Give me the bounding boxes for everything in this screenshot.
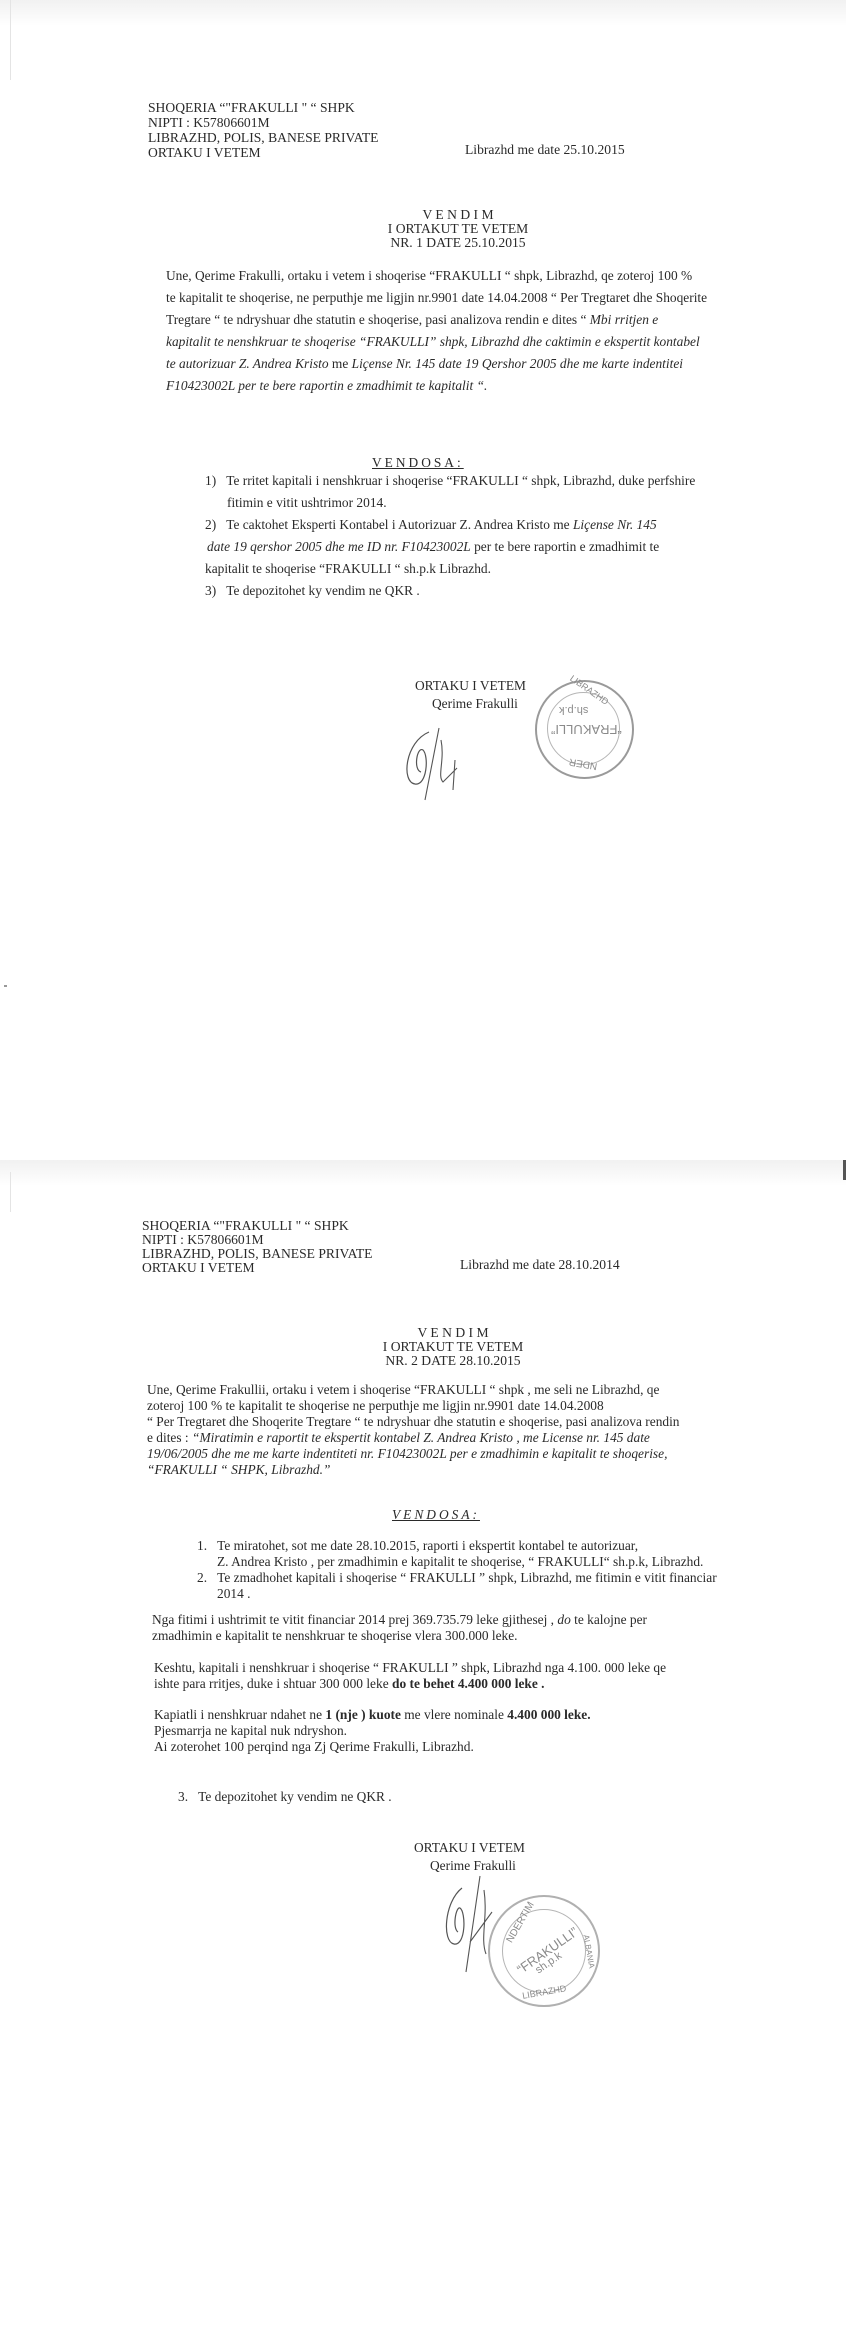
signature-name: Qerime Frakulli [430, 1858, 516, 1873]
signature-role: ORTAKU I VETEM [415, 678, 526, 693]
signature-name: Qerime Frakulli [432, 696, 518, 711]
title-ortakut: I ORTAKUT TE VETEM [30, 1340, 846, 1354]
intro-line: zoteroj 100 % te kapitalit te shoqerise … [147, 1398, 680, 1414]
document-page-1: SHOQERIA “"FRAKULLI " “ SHPK NIPTI : K57… [0, 0, 846, 1160]
decision-heading: VENDOSA: [372, 455, 464, 470]
decisions-list: 1) Te rritet kapitali i nenshkruar i sho… [205, 470, 695, 602]
decision-heading: VENDOSA: [392, 1507, 480, 1522]
document-page-2: SHOQERIA “"FRAKULLI " “ SHPK NIPTI : K57… [0, 1160, 846, 2326]
signature-role: ORTAKU I VETEM [414, 1840, 525, 1855]
intro-line: Une, Qerime Frakulli, ortaku i vetem i s… [166, 265, 707, 287]
company-nipt: NIPTI : K57806601M [148, 115, 270, 130]
place-date: Librazhd me date 25.10.2015 [465, 142, 625, 157]
intro-line: kapitalit te nenshkruar te shoqerise “FR… [166, 331, 707, 353]
scan-shadow [0, 0, 846, 26]
decision-item-3: 3. Te depozitohet ky vendim ne QKR . [178, 1789, 392, 1804]
title-vendim: V E N D I M [35, 208, 846, 222]
decision-item-cont: date 19 qershor 2005 dhe me ID nr. F1042… [205, 536, 695, 558]
decision-item-cont: kapitalit te shoqerise “FRAKULLI “ sh.p.… [205, 558, 695, 580]
company-address: LIBRAZHD, POLIS, BANESE PRIVATE [142, 1246, 372, 1261]
company-address: LIBRAZHD, POLIS, BANESE PRIVATE [148, 130, 378, 145]
company-name: SHOQERIA “"FRAKULLI " “ SHPK [142, 1218, 349, 1233]
profit-paragraph: Nga fitimi i ushtrimit te vitit financia… [152, 1612, 647, 1644]
decision-item: 3) Te depozitohet ky vendim ne QKR . [205, 580, 695, 602]
decisions-list: 1. Te miratohet, sot me date 28.10.2015,… [197, 1538, 717, 1602]
intro-paragraph: Une, Qerime Frakullii, ortaku i vetem i … [147, 1382, 680, 1478]
decision-item-cont: Z. Andrea Kristo , per zmadhimin e kapit… [197, 1554, 717, 1570]
company-stamp: sh.p.k “FRAKULLI” LIBRAZHD NDER [535, 680, 634, 779]
title-vendim: V E N D I M [30, 1326, 846, 1340]
company-role: ORTAKU I VETEM [148, 145, 261, 160]
decision-item-cont: fitimin e vitit ushtrimor 2014. [205, 492, 695, 514]
new-capital-amount: do te behet 4.400 000 leke . [392, 1676, 545, 1691]
scan-shadow [0, 1160, 846, 1186]
stamp-company: “FRAKULLI” [551, 722, 622, 737]
scan-edge [10, 0, 11, 80]
decision-item: 2) Te caktohet Eksperti Kontabel i Autor… [205, 514, 695, 536]
intro-paragraph: Une, Qerime Frakulli, ortaku i vetem i s… [166, 265, 707, 397]
intro-line: 19/06/2005 dhe me me karte indentiteti n… [147, 1446, 680, 1462]
intro-line: Une, Qerime Frakullii, ortaku i vetem i … [147, 1382, 680, 1398]
intro-line: “FRAKULLI “ SHPK, Librazhd.” [147, 1462, 680, 1478]
intro-line: F10423002L per te bere raportin e zmadhi… [166, 375, 707, 397]
intro-line: te kapitalit te shoqerise, ne perputhje … [166, 287, 707, 309]
company-nipt: NIPTI : K57806601M [142, 1232, 264, 1247]
company-name: SHOQERIA “"FRAKULLI " “ SHPK [148, 100, 355, 115]
decision-item: 1) Te rritet kapitali i nenshkruar i sho… [205, 470, 695, 492]
handwritten-signature-icon [395, 720, 485, 810]
decision-item: 1. Te miratohet, sot me date 28.10.2015,… [197, 1538, 717, 1554]
stamp-type: sh.p.k [559, 704, 588, 716]
company-role: ORTAKU I VETEM [142, 1260, 255, 1275]
scan-speck [4, 985, 7, 987]
scan-edge [10, 1172, 11, 1212]
company-stamp: NDERTIM “FRAKULLI” sh.p.k LIBRAZHD ALBAN… [488, 1895, 600, 2007]
intro-line: te autorizuar Z. Andrea Kristo me Liçens… [166, 353, 707, 375]
decision-item: 2. Te zmadhohet kapitali i shoqerise “ F… [197, 1570, 717, 1586]
intro-line: “ Per Tregtaret dhe Shoqerite Tregtare “… [147, 1414, 680, 1430]
title-number-date: NR. 2 DATE 28.10.2015 [30, 1354, 846, 1368]
title-ortakut: I ORTAKUT TE VETEM [35, 222, 846, 236]
quota-paragraph: Kapiatli i nenshkruar ndahet ne 1 (nje )… [154, 1707, 591, 1755]
capital-result-paragraph: Keshtu, kapitali i nenshkruar i shoqeris… [154, 1660, 666, 1692]
intro-line: Tregtare “ te ndryshuar dhe statutin e s… [166, 309, 707, 331]
intro-line: e dites : “Miratimin e raportit te ekspe… [147, 1430, 680, 1446]
title-number-date: NR. 1 DATE 25.10.2015 [35, 236, 846, 250]
place-date: Librazhd me date 28.10.2014 [460, 1257, 620, 1272]
decision-item-cont: 2014 . [197, 1586, 717, 1602]
